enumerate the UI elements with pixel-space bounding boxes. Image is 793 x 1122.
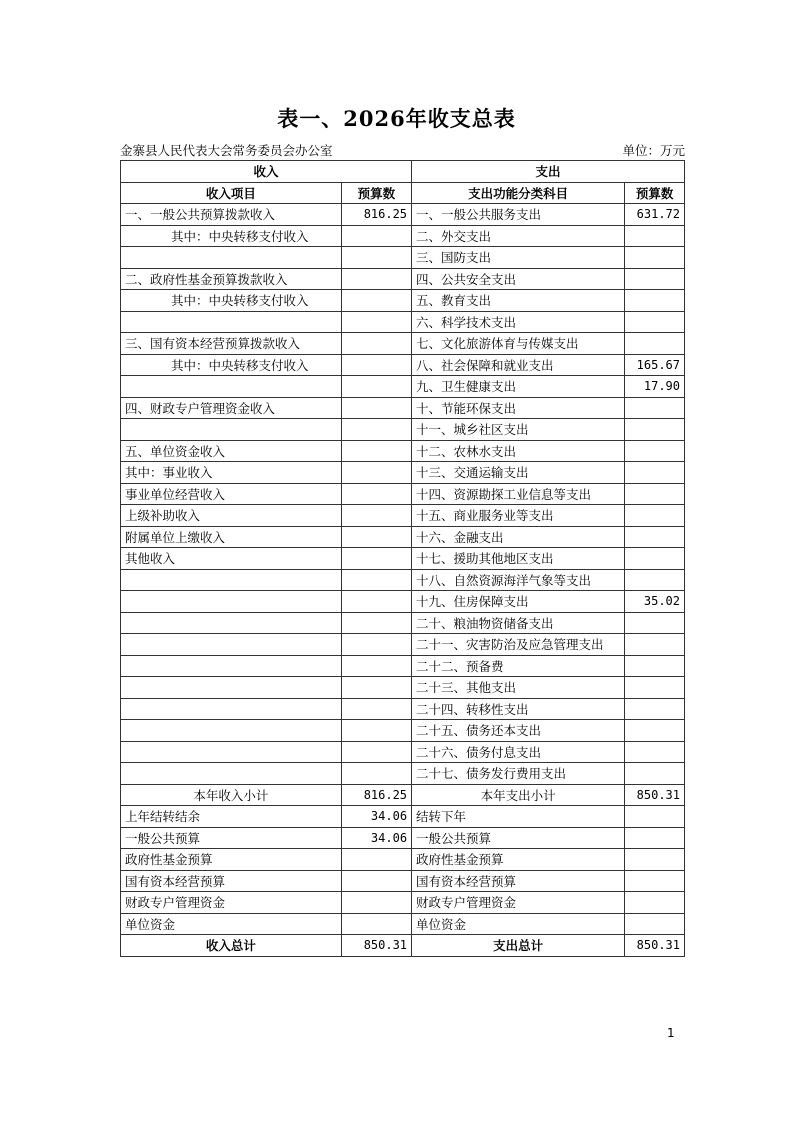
expense-budget-cell: 17.90 bbox=[625, 376, 685, 398]
income-item-cell: 事业单位经营收入 bbox=[121, 483, 342, 505]
table-row: 三、国防支出 bbox=[121, 247, 685, 269]
income-item-cell bbox=[121, 569, 342, 591]
expense-budget-cell bbox=[625, 913, 685, 935]
expense-budget-cell bbox=[625, 849, 685, 871]
table-row: 一般公共预算34.06一般公共预算 bbox=[121, 827, 685, 849]
expense-budget-cell bbox=[625, 677, 685, 699]
expense-budget-cell bbox=[625, 569, 685, 591]
expense-item-cell: 二十三、其他支出 bbox=[412, 677, 625, 699]
expense-budget-cell bbox=[625, 634, 685, 656]
income-item-cell: 其他收入 bbox=[121, 548, 342, 570]
income-item-cell bbox=[121, 677, 342, 699]
income-budget-cell bbox=[341, 892, 411, 914]
expense-item-cell: 二十七、债务发行费用支出 bbox=[412, 763, 625, 785]
income-budget-cell bbox=[341, 677, 411, 699]
income-item-cell: 一、一般公共预算拨款收入 bbox=[121, 204, 342, 226]
income-budget-cell bbox=[341, 419, 411, 441]
expense-item-cell: 十六、金融支出 bbox=[412, 526, 625, 548]
income-section-header: 收入 bbox=[121, 161, 412, 183]
expense-budget-cell bbox=[625, 311, 685, 333]
income-item-cell: 一般公共预算 bbox=[121, 827, 342, 849]
unit-label: 单位：万元 bbox=[622, 141, 685, 159]
expense-budget-cell bbox=[625, 440, 685, 462]
table-row: 上年结转结余34.06结转下年 bbox=[121, 806, 685, 828]
income-budget-cell bbox=[341, 569, 411, 591]
table-row: 二十七、债务发行费用支出 bbox=[121, 763, 685, 785]
income-item-cell bbox=[121, 720, 342, 742]
expense-item-cell: 十二、农林水支出 bbox=[412, 440, 625, 462]
expense-budget-cell bbox=[625, 548, 685, 570]
income-budget-cell: 850.31 bbox=[341, 935, 411, 957]
expense-item-cell: 二十、粮油物资储备支出 bbox=[412, 612, 625, 634]
income-item-cell bbox=[121, 247, 342, 269]
expense-item-cell: 单位资金 bbox=[412, 913, 625, 935]
income-budget-cell bbox=[341, 397, 411, 419]
expense-section-header: 支出 bbox=[412, 161, 685, 183]
income-budget-cell bbox=[341, 354, 411, 376]
income-budget-cell bbox=[341, 462, 411, 484]
income-budget-header: 预算数 bbox=[341, 182, 411, 204]
income-item-cell bbox=[121, 741, 342, 763]
table-row: 其中：中央转移支付收入五、教育支出 bbox=[121, 290, 685, 312]
expense-item-cell: 十、节能环保支出 bbox=[412, 397, 625, 419]
expense-item-cell: 十一、城乡社区支出 bbox=[412, 419, 625, 441]
expense-item-cell: 十九、住房保障支出 bbox=[412, 591, 625, 613]
expense-item-header: 支出功能分类科目 bbox=[412, 182, 625, 204]
table-row: 二十一、灾害防治及应急管理支出 bbox=[121, 634, 685, 656]
expense-item-cell: 十八、自然资源海洋气象等支出 bbox=[412, 569, 625, 591]
table-row: 国有资本经营预算国有资本经营预算 bbox=[121, 870, 685, 892]
expense-budget-cell: 850.31 bbox=[625, 784, 685, 806]
expense-item-cell: 十三、交通运输支出 bbox=[412, 462, 625, 484]
income-budget-cell: 34.06 bbox=[341, 806, 411, 828]
expense-budget-cell: 631.72 bbox=[625, 204, 685, 226]
section-header-row: 收入 支出 bbox=[121, 161, 685, 183]
expense-item-cell: 一、一般公共服务支出 bbox=[412, 204, 625, 226]
income-item-cell: 单位资金 bbox=[121, 913, 342, 935]
income-budget-cell bbox=[341, 870, 411, 892]
expense-item-cell: 二十六、债务付息支出 bbox=[412, 741, 625, 763]
expense-item-cell: 五、教育支出 bbox=[412, 290, 625, 312]
expense-item-cell: 七、文化旅游体育与传媒支出 bbox=[412, 333, 625, 355]
expense-item-cell: 二十五、债务还本支出 bbox=[412, 720, 625, 742]
income-item-cell: 政府性基金预算 bbox=[121, 849, 342, 871]
income-item-cell bbox=[121, 419, 342, 441]
income-budget-cell bbox=[341, 376, 411, 398]
income-budget-cell bbox=[341, 526, 411, 548]
table-row: 收入总计850.31支出总计850.31 bbox=[121, 935, 685, 957]
expense-item-cell: 二、外交支出 bbox=[412, 225, 625, 247]
table-row: 二、政府性基金预算拨款收入四、公共安全支出 bbox=[121, 268, 685, 290]
expense-item-cell: 九、卫生健康支出 bbox=[412, 376, 625, 398]
income-item-cell: 五、单位资金收入 bbox=[121, 440, 342, 462]
budget-summary-table: 收入 支出 收入项目 预算数 支出功能分类科目 预算数 一、一般公共预算拨款收入… bbox=[120, 160, 685, 957]
income-budget-cell bbox=[341, 849, 411, 871]
table-row: 本年收入小计816.25本年支出小计850.31 bbox=[121, 784, 685, 806]
expense-item-cell: 十四、资源勘探工业信息等支出 bbox=[412, 483, 625, 505]
income-budget-cell bbox=[341, 268, 411, 290]
expense-budget-cell bbox=[625, 806, 685, 828]
table-row: 二十二、预备费 bbox=[121, 655, 685, 677]
expense-budget-cell bbox=[625, 720, 685, 742]
income-budget-cell bbox=[341, 483, 411, 505]
expense-item-cell: 二十四、转移性支出 bbox=[412, 698, 625, 720]
expense-budget-cell bbox=[625, 763, 685, 785]
income-item-header: 收入项目 bbox=[121, 182, 342, 204]
table-row: 附属单位上缴收入十六、金融支出 bbox=[121, 526, 685, 548]
income-budget-cell bbox=[341, 698, 411, 720]
income-budget-cell bbox=[341, 763, 411, 785]
table-row: 九、卫生健康支出17.90 bbox=[121, 376, 685, 398]
table-row: 二十六、债务付息支出 bbox=[121, 741, 685, 763]
expense-item-cell: 十五、商业服务业等支出 bbox=[412, 505, 625, 527]
table-row: 上级补助收入十五、商业服务业等支出 bbox=[121, 505, 685, 527]
income-item-cell bbox=[121, 698, 342, 720]
income-item-cell: 收入总计 bbox=[121, 935, 342, 957]
expense-budget-cell: 165.67 bbox=[625, 354, 685, 376]
income-budget-cell bbox=[341, 333, 411, 355]
income-item-cell: 其中：中央转移支付收入 bbox=[121, 290, 342, 312]
expense-budget-cell bbox=[625, 397, 685, 419]
expense-budget-cell bbox=[625, 419, 685, 441]
income-item-cell bbox=[121, 311, 342, 333]
income-item-cell: 四、财政专户管理资金收入 bbox=[121, 397, 342, 419]
expense-budget-cell bbox=[625, 290, 685, 312]
table-meta: 金寨县人民代表大会常务委员会办公室 单位：万元 bbox=[120, 141, 685, 159]
income-item-cell: 三、国有资本经营预算拨款收入 bbox=[121, 333, 342, 355]
income-budget-cell bbox=[341, 591, 411, 613]
expense-item-cell: 财政专户管理资金 bbox=[412, 892, 625, 914]
income-item-cell: 其中：事业收入 bbox=[121, 462, 342, 484]
income-item-cell: 其中：中央转移支付收入 bbox=[121, 225, 342, 247]
income-item-cell: 上级补助收入 bbox=[121, 505, 342, 527]
income-item-cell bbox=[121, 763, 342, 785]
income-budget-cell bbox=[341, 655, 411, 677]
income-item-cell bbox=[121, 655, 342, 677]
expense-budget-cell bbox=[625, 870, 685, 892]
expense-item-cell: 六、科学技术支出 bbox=[412, 311, 625, 333]
income-item-cell bbox=[121, 612, 342, 634]
expense-budget-cell bbox=[625, 268, 685, 290]
table-row: 其他收入十七、援助其他地区支出 bbox=[121, 548, 685, 570]
table-row: 一、一般公共预算拨款收入816.25一、一般公共服务支出631.72 bbox=[121, 204, 685, 226]
table-row: 三、国有资本经营预算拨款收入七、文化旅游体育与传媒支出 bbox=[121, 333, 685, 355]
income-budget-cell bbox=[341, 290, 411, 312]
expense-item-cell: 八、社会保障和就业支出 bbox=[412, 354, 625, 376]
income-budget-cell bbox=[341, 247, 411, 269]
table-row: 事业单位经营收入十四、资源勘探工业信息等支出 bbox=[121, 483, 685, 505]
expense-item-cell: 三、国防支出 bbox=[412, 247, 625, 269]
expense-budget-cell bbox=[625, 483, 685, 505]
expense-budget-cell bbox=[625, 247, 685, 269]
table-row: 六、科学技术支出 bbox=[121, 311, 685, 333]
income-item-cell: 附属单位上缴收入 bbox=[121, 526, 342, 548]
income-item-cell bbox=[121, 634, 342, 656]
expense-budget-cell bbox=[625, 225, 685, 247]
table-row: 二十五、债务还本支出 bbox=[121, 720, 685, 742]
expense-item-cell: 政府性基金预算 bbox=[412, 849, 625, 871]
table-row: 十八、自然资源海洋气象等支出 bbox=[121, 569, 685, 591]
income-item-cell: 国有资本经营预算 bbox=[121, 870, 342, 892]
income-budget-cell bbox=[341, 505, 411, 527]
table-row: 二十四、转移性支出 bbox=[121, 698, 685, 720]
expense-item-cell: 十七、援助其他地区支出 bbox=[412, 548, 625, 570]
income-item-cell: 财政专户管理资金 bbox=[121, 892, 342, 914]
table-row: 其中：中央转移支付收入二、外交支出 bbox=[121, 225, 685, 247]
table-row: 二十、粮油物资储备支出 bbox=[121, 612, 685, 634]
income-budget-cell: 816.25 bbox=[341, 204, 411, 226]
table-row: 政府性基金预算政府性基金预算 bbox=[121, 849, 685, 871]
table-row: 十九、住房保障支出35.02 bbox=[121, 591, 685, 613]
expense-budget-cell bbox=[625, 892, 685, 914]
expense-budget-cell bbox=[625, 526, 685, 548]
income-budget-cell bbox=[341, 720, 411, 742]
expense-item-cell: 二十二、预备费 bbox=[412, 655, 625, 677]
table-row: 其中：中央转移支付收入八、社会保障和就业支出165.67 bbox=[121, 354, 685, 376]
column-header-row: 收入项目 预算数 支出功能分类科目 预算数 bbox=[121, 182, 685, 204]
expense-budget-cell bbox=[625, 741, 685, 763]
income-budget-cell bbox=[341, 311, 411, 333]
table-row: 其中：事业收入十三、交通运输支出 bbox=[121, 462, 685, 484]
table-row: 单位资金单位资金 bbox=[121, 913, 685, 935]
income-budget-cell bbox=[341, 741, 411, 763]
expense-item-cell: 国有资本经营预算 bbox=[412, 870, 625, 892]
income-budget-cell bbox=[341, 634, 411, 656]
income-budget-cell bbox=[341, 548, 411, 570]
income-budget-cell bbox=[341, 612, 411, 634]
expense-budget-cell bbox=[625, 612, 685, 634]
table-row: 财政专户管理资金财政专户管理资金 bbox=[121, 892, 685, 914]
table-row: 五、单位资金收入十二、农林水支出 bbox=[121, 440, 685, 462]
expense-budget-cell bbox=[625, 655, 685, 677]
income-budget-cell bbox=[341, 225, 411, 247]
expense-budget-cell bbox=[625, 333, 685, 355]
expense-item-cell: 支出总计 bbox=[412, 935, 625, 957]
table-row: 二十三、其他支出 bbox=[121, 677, 685, 699]
expense-budget-header: 预算数 bbox=[625, 182, 685, 204]
expense-item-cell: 四、公共安全支出 bbox=[412, 268, 625, 290]
income-item-cell: 二、政府性基金预算拨款收入 bbox=[121, 268, 342, 290]
table-row: 十一、城乡社区支出 bbox=[121, 419, 685, 441]
income-budget-cell bbox=[341, 440, 411, 462]
expense-budget-cell bbox=[625, 827, 685, 849]
income-budget-cell: 816.25 bbox=[341, 784, 411, 806]
expense-budget-cell bbox=[625, 698, 685, 720]
expense-budget-cell bbox=[625, 462, 685, 484]
income-item-cell bbox=[121, 376, 342, 398]
income-item-cell: 本年收入小计 bbox=[121, 784, 342, 806]
income-budget-cell: 34.06 bbox=[341, 827, 411, 849]
page-number: 1 bbox=[667, 1026, 675, 1040]
expense-item-cell: 二十一、灾害防治及应急管理支出 bbox=[412, 634, 625, 656]
income-item-cell: 上年结转结余 bbox=[121, 806, 342, 828]
organization-name: 金寨县人民代表大会常务委员会办公室 bbox=[120, 141, 333, 159]
income-budget-cell bbox=[341, 913, 411, 935]
expense-item-cell: 一般公共预算 bbox=[412, 827, 625, 849]
expense-budget-cell: 850.31 bbox=[625, 935, 685, 957]
income-item-cell: 其中：中央转移支付收入 bbox=[121, 354, 342, 376]
expense-budget-cell: 35.02 bbox=[625, 591, 685, 613]
expense-item-cell: 结转下年 bbox=[412, 806, 625, 828]
expense-item-cell: 本年支出小计 bbox=[412, 784, 625, 806]
table-row: 四、财政专户管理资金收入十、节能环保支出 bbox=[121, 397, 685, 419]
page-title: 表一、2026年收支总表 bbox=[0, 103, 793, 133]
expense-budget-cell bbox=[625, 505, 685, 527]
income-item-cell bbox=[121, 591, 342, 613]
